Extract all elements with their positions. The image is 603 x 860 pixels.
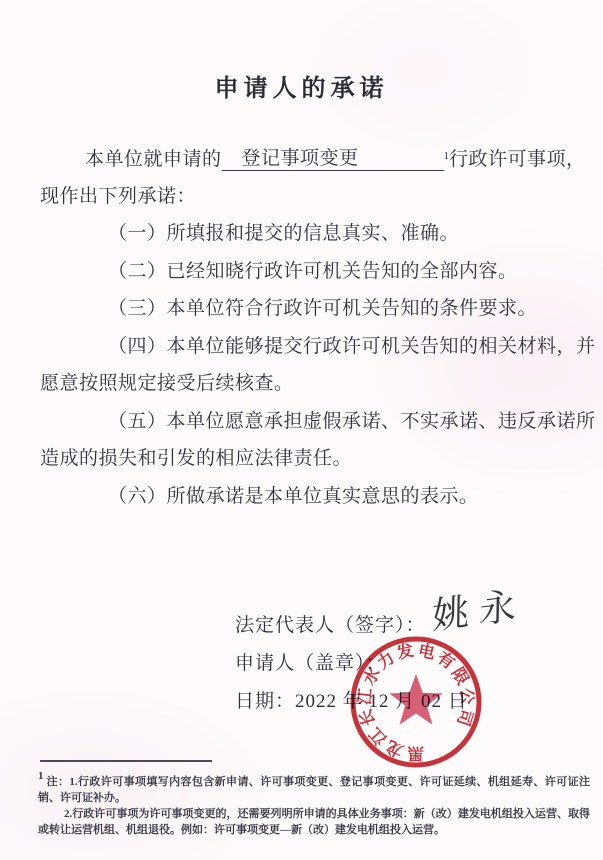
commitment-line-1: （一）所填报和提交的信息真实、准确。 bbox=[108, 218, 459, 245]
commitment-line-5: （五）本单位愿意承担虚假承诺、不实承诺、违反承诺所 bbox=[108, 406, 596, 433]
footnote-2: 2.行政许可事项为许可事项变更的，还需要列明所申请的具体业务事项：新（改）建发电… bbox=[38, 806, 590, 838]
intro-line: 本单位就申请的登记事项变更1行政许可事项， bbox=[85, 143, 586, 171]
intro-prefix: 本单位就申请的 bbox=[85, 149, 222, 170]
footnote-1-text: 注：1.行政许可事项填写内容包含新申请、许可事项变更、登记事项变更、许可证延续、… bbox=[38, 776, 590, 804]
document-title: 申请人的承诺 bbox=[0, 68, 603, 103]
commitment-line-3: （三）本单位符合行政许可机关告知的条件要求。 bbox=[108, 293, 537, 320]
company-seal: 黑龙江长江水力发电有限公司 bbox=[348, 634, 484, 770]
seal-star-icon bbox=[389, 674, 442, 725]
blank-underline-filled: 登记事项变更 bbox=[222, 143, 444, 171]
commitment-line-4-cont: 愿意按照规定接受后续核查。 bbox=[40, 368, 294, 395]
handwritten-signature: 姚永 bbox=[432, 574, 526, 640]
blank-value: 登记事项变更 bbox=[242, 148, 359, 169]
intro-line-2: 现作出下列承诺： bbox=[40, 181, 196, 208]
commitment-line-2: （二）已经知晓行政许可机关告知的全部内容。 bbox=[108, 256, 518, 283]
scanned-document-page: 申请人的承诺 本单位就申请的登记事项变更1行政许可事项， 现作出下列承诺： （一… bbox=[0, 0, 603, 860]
commitment-line-5-cont: 造成的损失和引发的相应法律责任。 bbox=[40, 443, 352, 470]
legal-representative-label: 法定代表人（签字）： bbox=[235, 610, 426, 637]
footnote-ref: 1 bbox=[38, 770, 44, 782]
commitment-line-6: （六）所做承诺是本单位真实意思的表示。 bbox=[108, 481, 479, 508]
footnote-1: 1 注：1.行政许可事项填写内容包含新申请、许可事项变更、登记事项变更、许可证延… bbox=[38, 768, 590, 806]
footnote-separator bbox=[40, 760, 212, 762]
intro-suffix: 行政许可事项， bbox=[449, 149, 586, 170]
footnotes: 1 注：1.行政许可事项填写内容包含新申请、许可事项变更、登记事项变更、许可证延… bbox=[38, 768, 590, 838]
commitment-line-4: （四）本单位能够提交行政许可机关告知的相关材料，并 bbox=[108, 331, 596, 358]
